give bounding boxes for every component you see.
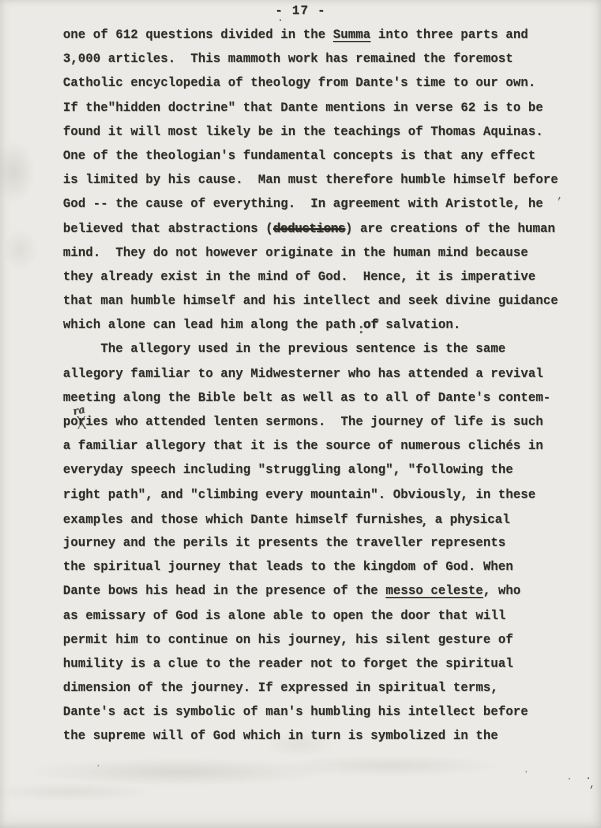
underlined-term: Summa <box>333 28 371 42</box>
handwritten-comma: , <box>422 513 426 528</box>
stray-mark: · <box>523 768 530 779</box>
text-segment: One of the theologian's fundamental conc… <box>63 149 536 163</box>
typescript-line: which alone can lead him along the path … <box>63 313 581 337</box>
typescript-line: The allegory used in the previous senten… <box>63 337 581 361</box>
typescript-line: everyday speech including "struggling al… <box>63 458 581 482</box>
text-segment: allegory familiar to any Midwesterner wh… <box>63 367 543 381</box>
typescript-line: is limited by his cause. Man must theref… <box>63 168 581 192</box>
text-segment: found it will most likely be in the teac… <box>63 125 543 139</box>
text-segment: right path", and "climbing every mountai… <box>63 488 536 502</box>
struck-out-word: deductions <box>273 222 345 236</box>
text-segment: as emissary of God is alone able to open… <box>63 609 506 623</box>
typescript-line: One of the theologian's fundamental conc… <box>63 144 581 168</box>
text-segment: The allegory used in the previous senten… <box>63 342 506 356</box>
typescript-line: right path", and "climbing every mountai… <box>63 483 581 507</box>
text-segment: Dante bows his head in the presence of t… <box>63 584 386 598</box>
stray-mark: · <box>95 762 102 773</box>
scribbled-letter: r <box>78 415 86 429</box>
text-segment: Catholic encyclopedia of theology from D… <box>63 76 536 90</box>
typescript-line: one of 612 questions divided in the Summ… <box>63 23 581 47</box>
text-segment: believed that abstractions ( <box>63 222 273 236</box>
text-segment: meeting along the Bible belt as well as … <box>63 391 551 405</box>
typescript-line: Catholic encyclopedia of theology from D… <box>63 71 581 95</box>
text-segment: which alone can lead him along the path <box>63 318 363 332</box>
text-segment: 3,000 articles. This mammoth work has re… <box>63 52 513 66</box>
text-segment: dimension of the journey. If expressed i… <box>63 681 498 695</box>
text-segment: everyday speech including "struggling al… <box>63 463 513 477</box>
typescript-line: 3,000 articles. This mammoth work has re… <box>63 47 581 71</box>
stray-mark: . <box>277 14 284 25</box>
typescript-line: God -- the cause of everything. In agree… <box>63 192 581 216</box>
page-number-header: - 17 - <box>0 4 601 18</box>
stray-mark: ’ <box>556 198 563 209</box>
text-segment: a familiar allegory that it is the sourc… <box>63 439 543 453</box>
text-segment: permit him to continue on his journey, h… <box>63 633 513 647</box>
text-segment: the supreme will of God which in turn is… <box>63 729 498 743</box>
text-segment: mind. They do not however originate in t… <box>63 246 528 260</box>
text-segment: If the"hidden doctrine" that Dante menti… <box>63 101 543 115</box>
text-segment: humility is a clue to the reader not to … <box>63 657 513 671</box>
stray-mark: , <box>589 780 596 791</box>
typescript-line: found it will most likely be in the teac… <box>63 120 581 144</box>
text-segment: examples and those which Dante himself f… <box>63 513 423 527</box>
typescript-line: journey and the perils it presents the t… <box>63 531 581 555</box>
text-segment: that man humble himself and his intellec… <box>63 294 558 308</box>
typescript-line: Dante's act is symbolic of man's humblin… <box>63 700 581 724</box>
text-segment: they already exist in the mind of God. H… <box>63 270 536 284</box>
stray-mark: · <box>566 775 573 786</box>
typescript-line: they already exist in the mind of God. H… <box>63 265 581 289</box>
text-segment: ) are creations of the human <box>345 222 555 236</box>
text-segment: one of 612 questions divided in the <box>63 28 333 42</box>
typescript-line: Dante bows his head in the presence of t… <box>63 579 581 603</box>
typescript-line: dimension of the journey. If expressed i… <box>63 676 581 700</box>
manuscript-page: - 17 - one of 612 questions divided in t… <box>0 0 601 828</box>
text-segment: , who <box>483 584 521 598</box>
text-segment: God -- the cause of everything. In agree… <box>63 197 543 211</box>
typescript-line: If the"hidden doctrine" that Dante menti… <box>63 96 581 120</box>
text-segment: Dante's act is symbolic of man's humblin… <box>63 705 528 719</box>
typescript-line: that man humble himself and his intellec… <box>63 289 581 313</box>
typescript-line: allegory familiar to any Midwesterner wh… <box>63 362 581 386</box>
text-segment: journey and the perils it presents the t… <box>63 536 506 550</box>
text-segment: a physical <box>427 513 510 527</box>
typescript-body: one of 612 questions divided in the Summ… <box>63 23 581 749</box>
text-segment: the spiritual journey that leads to the … <box>63 560 513 574</box>
typescript-line: the spiritual journey that leads to the … <box>63 555 581 579</box>
typescript-line: believed that abstractions (deductions) … <box>63 217 581 241</box>
text-segment: is limited by his cause. Man must theref… <box>63 173 558 187</box>
smudged-word: of <box>363 318 378 332</box>
text-segment: ies who attended lenten sermons. The jou… <box>86 415 544 429</box>
underlined-term: messo celeste <box>386 584 484 598</box>
typescript-line: the supreme will of God which in turn is… <box>63 724 581 748</box>
typescript-line: humility is a clue to the reader not to … <box>63 652 581 676</box>
typescript-line: permit him to continue on his journey, h… <box>63 628 581 652</box>
typescript-line: as emissary of God is alone able to open… <box>63 604 581 628</box>
text-segment: salvation. <box>378 318 461 332</box>
typescript-line: poraries who attended lenten sermons. Th… <box>63 410 581 434</box>
typescript-line: examples and those which Dante himself f… <box>63 507 581 531</box>
text-segment: into three parts and <box>371 28 529 42</box>
typescript-line: meeting along the Bible belt as well as … <box>63 386 581 410</box>
typescript-line: mind. They do not however originate in t… <box>63 241 581 265</box>
typescript-line: a familiar allegory that it is the sourc… <box>63 434 581 458</box>
